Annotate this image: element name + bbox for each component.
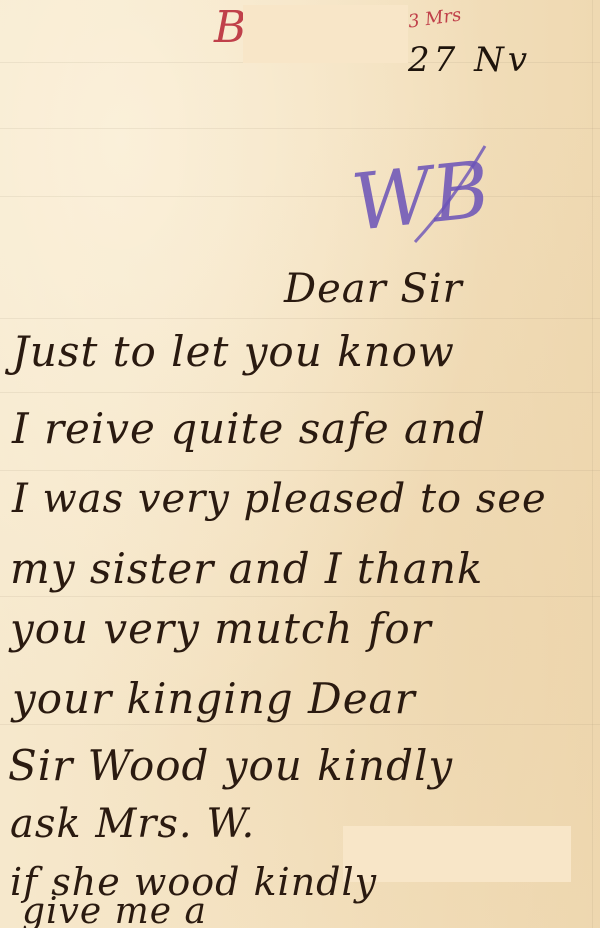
letter-line: Just to let you know bbox=[12, 328, 455, 376]
redaction-box-top bbox=[243, 5, 408, 63]
paper-bleed-line bbox=[0, 318, 600, 319]
letter-line: Sir Wood you kindly bbox=[8, 742, 453, 790]
paper-edge-fold bbox=[592, 0, 593, 928]
purple-check-stroke-icon bbox=[395, 140, 490, 250]
paper-bleed-line bbox=[0, 724, 600, 725]
redaction-box-bottom bbox=[343, 826, 571, 882]
letter-line: ask Mrs. W. bbox=[10, 800, 255, 848]
paper-bleed-line bbox=[0, 392, 600, 393]
paper-bleed-line bbox=[0, 196, 600, 197]
letter-line: your kinging Dear bbox=[12, 675, 416, 723]
letter-line: my sister and I thank bbox=[10, 545, 483, 593]
letter-line: I reive quite safe and bbox=[12, 405, 486, 453]
letter-date: 27 Nv bbox=[408, 40, 531, 80]
letter-salutation: Dear Sir bbox=[284, 265, 463, 313]
small-red-note: 3 Mrs bbox=[407, 4, 463, 32]
letter-line: give me a bbox=[22, 888, 207, 928]
paper-bleed-line bbox=[0, 596, 600, 597]
letter-line: I was very pleased to see bbox=[12, 475, 547, 523]
letter-line: you very mutch for bbox=[10, 605, 432, 653]
paper-bleed-line bbox=[0, 470, 600, 471]
letter-page: B. 3 Mrs 27 Nv WB Dear Sir Just to let y… bbox=[0, 0, 600, 928]
paper-bleed-line bbox=[0, 128, 600, 129]
